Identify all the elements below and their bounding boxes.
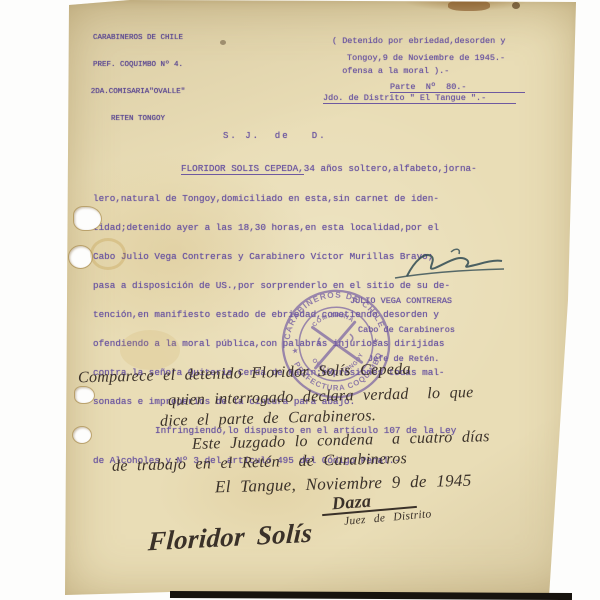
ink-speck — [220, 40, 226, 45]
detainee-signature: Floridor Solís — [147, 518, 313, 558]
district-court-line: Jdo. de Distrito " El Tangue ".- — [323, 93, 516, 104]
letterhead-line: PREF. COQUIMBO Nº 4. — [72, 61, 204, 70]
scanned-document-paper: CARABINEROS DE CHILE PREF. COQUIMBO Nº 4… — [60, 0, 580, 600]
punch-hole — [74, 207, 101, 230]
arrest-reason-line: ofensa a la moral ).- — [332, 66, 505, 76]
body-line-3: tidad;detenido ayer a las 18,30 horas,en… — [93, 223, 471, 233]
age-stain-ring — [90, 238, 126, 270]
svg-text:★: ★ — [372, 337, 380, 346]
arrest-reason-line: ( Detenido por ebriedad,desorden y — [332, 36, 505, 46]
detainee-name-underlined: FLORIDOR SOLIS CEPEDA, — [181, 163, 304, 175]
rust-stain — [448, 0, 490, 11]
dateline: Tongoy,9 de Noviembre de 1945.- — [347, 53, 505, 63]
punch-hole — [75, 387, 94, 403]
body-line-1: FLORIDOR SOLIS CEPEDA,34 años soltero,al… — [93, 164, 471, 174]
body-line-2: lero,natural de Tongoy,domiciliado en es… — [93, 194, 471, 204]
letterhead-line: RETEN TONGOY — [72, 115, 204, 124]
svg-text:★: ★ — [292, 346, 300, 355]
salutation: S. J. de D. — [223, 131, 327, 141]
letterhead-unit-stamp: CARABINEROS DE CHILE PREF. COQUIMBO Nº 4… — [72, 16, 204, 142]
punch-hole — [73, 427, 91, 443]
body-line-1-rest: 34 años soltero,alfabeto,jorna- — [304, 163, 477, 174]
letterhead-line: 2DA.COMISARIA"OVALLE" — [72, 88, 204, 97]
scan-edge-strip — [170, 591, 572, 600]
letterhead-line: CARABINEROS DE CHILE — [72, 34, 204, 43]
crossed-carbines-icon — [311, 322, 362, 368]
punch-hole — [69, 246, 92, 268]
age-stain — [120, 330, 180, 370]
rust-speck — [512, 2, 520, 9]
parte-number-line: Parte Nº 80.- — [390, 82, 525, 93]
